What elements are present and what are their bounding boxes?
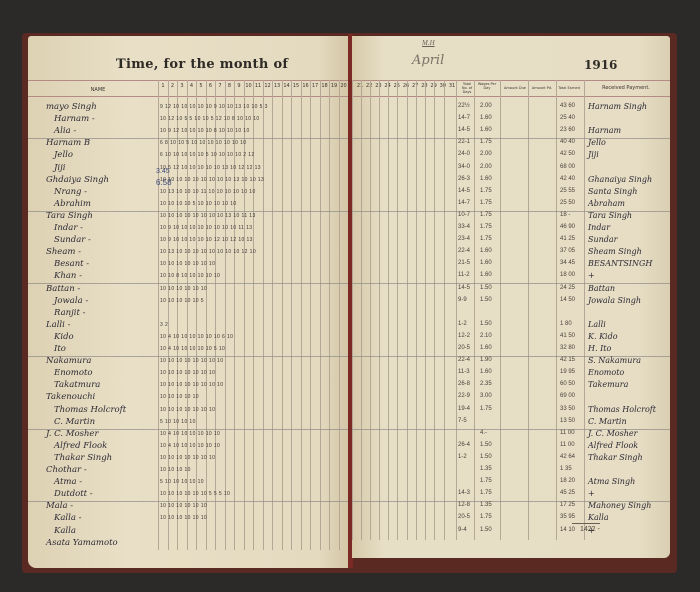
entry-signature: K. Kido (588, 332, 618, 341)
entry-signature: Sundar (588, 235, 618, 244)
grid-line (407, 80, 408, 540)
entry-daily-hours: 5 10 10 10 10 (160, 419, 196, 425)
entry-total-days: 20-5 (458, 345, 470, 351)
entry-wage: 1.75 (480, 236, 492, 242)
entry-daily-hours: 10 10 10 10 10 10 10 10 (160, 358, 223, 364)
entry-name: Khan - (54, 271, 82, 281)
entry-daily-hours: 5 10 10 10 10 10 (160, 479, 204, 485)
grid-line (244, 80, 245, 550)
entry-signature: Harnam Singh (588, 102, 647, 111)
entry-wage: 1.60 (480, 369, 492, 375)
entry-daily-hours: 10 9 10 10 10 10 10 12 10 12 10 13 (160, 237, 253, 243)
entry-wage: 1.60 (480, 248, 492, 254)
entry-wage: 4.- (480, 430, 487, 436)
entry-daily-hours: 6 10 10 10 10 10 5 10 10 10 10 2 12 (160, 152, 255, 158)
entry-wage: 1.60 (480, 260, 492, 266)
entry-name: Harnam B (46, 138, 90, 148)
grid-line (397, 80, 398, 540)
entry-wage: 2.00 (480, 164, 492, 170)
entry-name: Ito (54, 344, 66, 354)
entry-wage: 2.00 (480, 103, 492, 109)
day-header: 20 (339, 83, 349, 89)
grid-line (225, 80, 226, 550)
entry-signature: Kalla (588, 513, 609, 522)
entry-signature: BESANTSINGH (588, 259, 652, 268)
entry-signature: + (588, 271, 595, 280)
entry-name: Nrang - (54, 187, 87, 197)
grid-line (434, 80, 435, 540)
header-rule-top (28, 80, 350, 81)
entry-daily-hours: 10 10 10 10 10 10 10 (160, 261, 215, 267)
entry-wage: 1.50 (480, 285, 492, 291)
grid-line (291, 80, 292, 550)
day-header: 6 (206, 83, 216, 89)
entry-signature: J. C. Mosher (588, 429, 637, 438)
entry-daily-hours: 10 4 10 10 10 10 10 10 6 10 (160, 334, 233, 340)
entry-signature: H. Ito (588, 344, 611, 353)
entry-total-days: 26-3 (458, 176, 470, 182)
entry-daily-hours: 10 10 10 10 5 10 10 10 10 10 (160, 201, 237, 207)
entry-daily-hours: 10 10 10 10 10 10 10 10 13 10 11 13 (160, 213, 256, 219)
entry-daily-hours: 6 8 10 10 5 10 10 10 10 10 10 10 (160, 140, 246, 146)
entry-wage: 1.60 (480, 127, 492, 133)
entry-earned: 35 95 (560, 514, 575, 520)
grid-line (339, 80, 340, 550)
entry-daily-hours: 10 13 10 10 10 10 10 10 10 10 12 10 (160, 249, 256, 255)
entry-total-days: 19-4 (458, 406, 470, 412)
entry-daily-hours: 10 10 10 10 10 10 10 10 (160, 382, 223, 388)
entry-total-days: 26-4 (458, 442, 470, 448)
entry-wage: 1.75 (480, 224, 492, 230)
entry-total-days: 14-5 (458, 285, 470, 291)
entry-wage: 1.60 (480, 115, 492, 121)
entry-wage: 1.50 (480, 454, 492, 460)
entry-earned: 11 00 (560, 430, 575, 436)
entry-wage: 1.90 (480, 357, 492, 363)
left-page: Time, for the month of NAME 123456789101… (28, 36, 350, 568)
entry-signature: Jiji (588, 150, 599, 159)
entry-name: Asata Yamamoto (46, 538, 118, 548)
entry-daily-hours: 10 10 10 10 10 10 (160, 286, 207, 292)
entry-earned: 13 50 (560, 418, 575, 424)
entry-daily-hours: 10 10 8 10 10 10 10 10 (160, 273, 220, 279)
entry-name: Abrahim (54, 199, 91, 209)
entry-wage: 1.35 (480, 502, 492, 508)
day-header: 11 (253, 83, 263, 89)
day-header: 14 (282, 83, 292, 89)
entry-signature: Takemura (588, 380, 628, 389)
entry-daily-hours: 9 12 10 10 10 10 10 9 10 10 13 10 10 5 3 (160, 104, 268, 110)
day-header: 10 (244, 83, 254, 89)
entry-signature: Lalli (588, 320, 606, 329)
entry-signature: + (588, 489, 595, 498)
received-payment-header: Received Payment. (586, 85, 666, 91)
grid-line (528, 80, 529, 540)
year-value: 1916 (584, 58, 617, 72)
entry-wage: 1.75 (480, 478, 492, 484)
entry-earned: 18 - (560, 212, 570, 218)
entry-name: Kalla (54, 526, 76, 536)
entry-total-days: 24-0 (458, 151, 470, 157)
entry-daily-hours: 10 9 12 10 10 10 10 8 10 10 10 10 (160, 128, 250, 134)
grid-line (320, 80, 321, 550)
grid-line (234, 80, 235, 550)
entry-name: Battan - (46, 284, 80, 294)
entry-name: Tara Singh (46, 211, 93, 221)
entry-total-days: 22½ (458, 103, 470, 109)
entry-signature: Ghanaiya Singh (588, 175, 652, 184)
entry-daily-hours: 10 10 10 10 10 10 5 5 5 10 (160, 491, 230, 497)
entry-total-days: 12-8 (458, 502, 470, 508)
entry-wage: 1.75 (480, 200, 492, 206)
entry-earned: 41 25 (560, 236, 575, 242)
day-header: 15 (291, 83, 301, 89)
entry-wage: 1.35 (480, 466, 492, 472)
entry-daily-hours: 3 2 (160, 322, 168, 328)
entry-wage: 1.75 (480, 490, 492, 496)
entry-earned: 18 20 (560, 478, 575, 484)
entry-earned: 14 50 (560, 297, 575, 303)
row-divider (352, 283, 670, 284)
day-header: 7 (215, 83, 225, 89)
entry-daily-hours: 10 4 10 10 10 10 10 10 (160, 443, 220, 449)
entry-wage: 1.60 (480, 272, 492, 278)
day-header: 18 (320, 83, 330, 89)
entry-name: Takatmura (54, 380, 100, 390)
entry-name: Atma - (54, 477, 82, 487)
entry-name: Harnam - (54, 114, 95, 124)
entry-daily-hours: 10 4 10 10 10 10 10 10 (160, 431, 220, 437)
entry-signature: Alfred Flook (588, 441, 638, 450)
page-title: Time, for the month of (116, 57, 288, 72)
grid-line (379, 80, 380, 540)
entry-name: Lalli - (46, 320, 70, 330)
month-value: April (412, 53, 444, 68)
wages-header: Wages Per Day (476, 82, 498, 90)
grid-line (215, 80, 216, 550)
entry-earned: 43 60 (560, 103, 575, 109)
entry-signature: Abraham (588, 199, 625, 208)
entry-wage: 1.60 (480, 176, 492, 182)
row-divider (352, 138, 670, 139)
entry-earned: 11 00 (560, 442, 575, 448)
entry-earned: 46 90 (560, 224, 575, 230)
entry-earned: 23 60 (560, 127, 575, 133)
entry-earned: 40 40 (560, 139, 575, 145)
entry-name: Jello (54, 150, 73, 160)
entry-earned: 42 40 (560, 176, 575, 182)
entry-total-days: 10-7 (458, 212, 470, 218)
entry-total-days: 1-2 (458, 321, 467, 327)
entry-name: Dutdott - (54, 489, 93, 499)
grid-line (370, 80, 371, 540)
entry-name: Jiji (54, 163, 65, 173)
entry-daily-hours: 10 10 10 10 10 5 (160, 298, 204, 304)
entry-earned: 14 10 (560, 527, 575, 533)
entry-earned: 33 50 (560, 406, 575, 412)
entry-earned: 25 50 (560, 200, 575, 206)
entry-total-days: 9-4 (458, 527, 467, 533)
entry-signature: Enomoto (588, 368, 624, 377)
entry-wage: 1.50 (480, 321, 492, 327)
grid-line (310, 80, 311, 550)
entry-total-days: 1-2 (458, 454, 467, 460)
day-header: 9 (234, 83, 244, 89)
entry-total-days: 14-7 (458, 115, 470, 121)
entry-name: Kido (54, 332, 74, 342)
grid-line (158, 80, 159, 550)
entry-wage: 1.75 (480, 139, 492, 145)
entry-name: Kalla - (54, 513, 82, 523)
entry-total-days: 12-2 (458, 333, 470, 339)
amount-paid-header: Amount Pd. (530, 86, 554, 90)
entry-total-days: 11-2 (458, 272, 470, 278)
entry-signature: Mahoney Singh (588, 501, 651, 510)
entry-earned: 19 95 (560, 369, 575, 375)
grid-line (416, 80, 417, 540)
entry-name: Mala - (46, 501, 73, 511)
entry-daily-hours: 10 10 10 10 10 10 10 10 10 13 10 10 13 (160, 177, 264, 183)
day-header: 16 (301, 83, 311, 89)
entry-name: Sheam - (46, 247, 81, 257)
entry-earned: 68 00 (560, 164, 575, 170)
entry-total-days: 22-9 (458, 393, 470, 399)
entry-signature: Jowala Singh (588, 296, 641, 305)
entry-wage: 1.75 (480, 212, 492, 218)
entry-wage: 2.10 (480, 333, 492, 339)
entry-name: Chothar - (46, 465, 87, 475)
entry-signature: Harnam (588, 126, 621, 135)
entry-earned: 42 50 (560, 151, 575, 157)
entry-total-days: 34-0 (458, 164, 470, 170)
header-rule-bottom (352, 96, 670, 97)
total-days-header: Total No. of Days (460, 82, 474, 94)
entry-earned: 18 00 (560, 272, 575, 278)
entry-earned: 45 25 (560, 490, 575, 496)
entry-total-days: 9-9 (458, 297, 467, 303)
entry-signature: Sheam Singh (588, 247, 642, 256)
entry-earned: 41 50 (560, 333, 575, 339)
grid-line (556, 80, 557, 540)
entry-wage: 1.75 (480, 514, 492, 520)
ms-mark: M.H (422, 39, 435, 47)
grid-line (352, 80, 353, 540)
entry-signature: Thakar Singh (588, 453, 643, 462)
entry-earned: 1 35 (560, 466, 572, 472)
entry-name: C. Martin (54, 417, 95, 427)
entry-total-days: 20-5 (458, 514, 470, 520)
entry-name: Thomas Holcroft (54, 405, 126, 415)
amount-due-header: Amount Due (502, 86, 528, 90)
entry-total-days: 23-4 (458, 236, 470, 242)
entry-total-days: 22-4 (458, 357, 470, 363)
entry-signature: Thomas Holcroft (588, 405, 656, 414)
entry-daily-hours: 10 10 10 10 10 10 (160, 515, 207, 521)
entry-wage: 3.00 (480, 393, 492, 399)
day-header: 1 (158, 83, 168, 89)
entry-name: Indar - (54, 223, 83, 233)
entry-earned: 25 40 (560, 115, 575, 121)
entry-signature: Tara Singh (588, 211, 632, 220)
entry-wage: 1.60 (480, 345, 492, 351)
entry-earned: 24 25 (560, 285, 575, 291)
entry-total-days: 7-5 (458, 418, 467, 424)
entry-total-days: 22-4 (458, 248, 470, 254)
entry-daily-hours: 10 13 10 10 10 11 10 10 10 10 10 10 (160, 189, 256, 195)
entry-daily-hours: 10 9 10 10 10 10 10 10 10 10 11 13 (160, 225, 252, 231)
grid-line (474, 80, 475, 540)
entry-wage: 2.00 (480, 151, 492, 157)
entry-daily-hours: 10 10 10 10 (160, 467, 191, 473)
day-header: 2 (168, 83, 178, 89)
entry-signature: Battan (588, 284, 615, 293)
entry-daily-hours: 10 10 10 10 10 10 10 (160, 370, 215, 376)
grid-line (329, 80, 330, 550)
entry-wage: 2.35 (480, 381, 492, 387)
row-divider (28, 501, 350, 502)
entry-daily-hours: 10 12 10 5 5 10 10 5 12 10 8 10 10 10 (160, 116, 260, 122)
day-header: 12 (263, 83, 273, 89)
entry-total-days: 33-4 (458, 224, 470, 230)
grid-line (388, 80, 389, 540)
entry-name: mayo Singh (46, 102, 97, 112)
day-header: 19 (329, 83, 339, 89)
entry-earned: 42 64 (560, 454, 575, 460)
day-header: 17 (310, 83, 320, 89)
grid-line (456, 80, 457, 540)
total-earned-header: Total Earned (556, 86, 582, 90)
day-header: 3 (177, 83, 187, 89)
header-rule-bottom (28, 96, 350, 97)
entry-name: Besant - (54, 259, 89, 269)
entry-wage: 1.50 (480, 297, 492, 303)
entry-name: Alia - (54, 126, 76, 136)
grid-line (500, 80, 501, 540)
grid-line (282, 80, 283, 550)
entry-wage: 1.50 (480, 527, 492, 533)
entry-total-days: 26-8 (458, 381, 470, 387)
entry-name: Thakar Singh (54, 453, 112, 463)
entry-signature: Atma Singh (588, 477, 635, 486)
entry-name: Ghdaiya Singh (46, 175, 109, 185)
entry-name: Ranjit - (54, 308, 85, 318)
grid-line (272, 80, 273, 550)
entry-daily-hours: 10 10 10 10 10 (160, 394, 199, 400)
entry-signature: Jello (588, 138, 606, 147)
grid-line (361, 80, 362, 540)
entry-daily-hours: 10 10 10 10 10 10 (160, 503, 207, 509)
entry-total-days: 14-3 (458, 490, 470, 496)
entry-name: Alfred Flook (54, 441, 107, 451)
entry-earned: 69 00 (560, 393, 575, 399)
entry-earned: 37 05 (560, 248, 575, 254)
entry-name: Sundar - (54, 235, 91, 245)
entry-daily-hours: 10 5 12 10 10 10 10 10 13 10 12 12 13 (160, 165, 261, 171)
day-header: 4 (187, 83, 197, 89)
grid-line (584, 80, 585, 540)
entry-earned: 42 15 (560, 357, 575, 363)
entry-daily-hours: 10 10 10 10 10 10 10 (160, 455, 215, 461)
entry-total-days: 22-1 (458, 139, 470, 145)
entry-name: J. C. Mosher (46, 429, 99, 439)
entry-signature: Santa Singh (588, 187, 637, 196)
entry-earned: 25 55 (560, 188, 575, 194)
entry-wage: 1.50 (480, 442, 492, 448)
entry-earned: 34 45 (560, 260, 575, 266)
grid-line (444, 80, 445, 540)
name-column-header: NAME (68, 87, 128, 93)
grid-line (301, 80, 302, 550)
total-rule (572, 523, 600, 524)
entry-name: Jowala - (54, 296, 88, 306)
entry-total-days: 11-3 (458, 369, 470, 375)
entry-total-days: 21-5 (458, 260, 470, 266)
day-header: 5 (196, 83, 206, 89)
day-header: 13 (272, 83, 282, 89)
entry-name: Takenouchi (46, 392, 95, 402)
entry-earned: 1 80 (560, 321, 572, 327)
entry-earned: 60 50 (560, 381, 575, 387)
entry-name: Enomoto (54, 368, 93, 378)
entry-signature: Indar (588, 223, 610, 232)
entry-earned: 17 25 (560, 502, 575, 508)
entry-daily-hours: 10 4 10 10 10 10 10 5 10 (160, 346, 225, 352)
grid-line (206, 80, 207, 550)
entry-daily-hours: 10 10 10 10 10 10 10 (160, 407, 215, 413)
entry-total-days: 14-5 (458, 188, 470, 194)
grid-line (263, 80, 264, 550)
grid-line (253, 80, 254, 550)
right-page: M.H April 1916 2122232425262728293031 To… (352, 36, 670, 558)
entry-name: Nakamura (46, 356, 91, 366)
grid-line (425, 80, 426, 540)
entry-earned: 32 80 (560, 345, 575, 351)
entry-signature: S. Nakamura (588, 356, 641, 365)
grand-total: 1422 - (580, 526, 600, 533)
entry-wage: 1.75 (480, 188, 492, 194)
entry-total-days: 14-7 (458, 200, 470, 206)
header-rule-top (352, 80, 670, 81)
entry-total-days: 14-5 (458, 127, 470, 133)
day-header: 8 (225, 83, 235, 89)
entry-signature: C. Martin (588, 417, 627, 426)
entry-wage: 1.75 (480, 406, 492, 412)
